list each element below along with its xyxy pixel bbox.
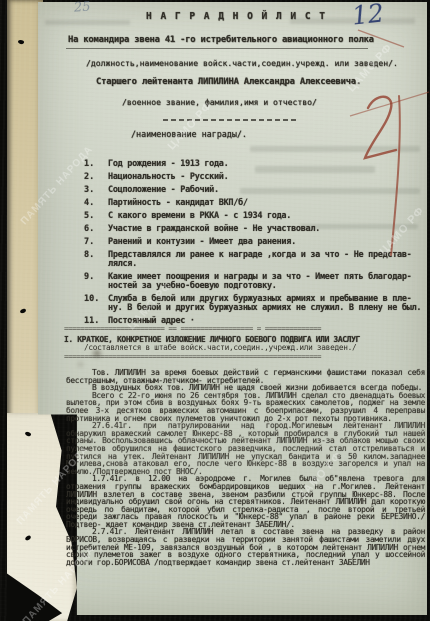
item-number: 4. (84, 199, 108, 208)
item-text: Партийность - кандидат ВКП/б/ (108, 199, 428, 208)
typed-content-layer: Н А Г Р А Д Н О Й Л И С Т На командира з… (0, 0, 430, 621)
item-text: Какие имеет поощрения и награды и за что… (108, 273, 428, 291)
item-text: Соцположение - Рабочий. (108, 186, 428, 195)
questionnaire-item: 10. Служба в белой или других буржуазных… (84, 295, 428, 313)
questionnaire-item: 2. Национальность - Русский. (84, 173, 428, 182)
citation-paragraph: Всего с 22-го июня по 26 сентября тов. Л… (66, 392, 425, 422)
item-number: 9. (84, 273, 108, 291)
questionnaire-item: 3. Соцположение - Рабочий. (84, 186, 428, 195)
scanned-award-sheet: Н А Г Р А Д Н О Й Л И С Т На командира з… (0, 0, 430, 621)
item-number: 3. (84, 186, 108, 195)
item-text: Ранений и контузии - Имеет два ранения. (108, 238, 428, 247)
item-text: Национальность - Русский. (108, 173, 428, 182)
page-title: Н А Г Р А Д Н О Й Л И С Т (146, 11, 327, 22)
questionnaire-item: 9. Какие имеет поощрения и награды и за … (84, 273, 428, 291)
questionnaire-list: 1. Год рождения - 1913 года. 2. Национал… (84, 160, 428, 330)
fill-in-rule (66, 48, 368, 49)
item-text: Участие в гражданской войне - Не участво… (108, 225, 428, 234)
section-heading-note: /составляется в штабе войск.части,соедин… (84, 344, 426, 353)
questionnaire-item: 1. Год рождения - 1913 года. (84, 160, 428, 169)
typed-separator: ========================= == ===========… (64, 325, 426, 333)
item-text: Представлялся ли ранее к награде ,когда … (108, 251, 428, 269)
section-heading-block: ========================= == ===========… (64, 325, 426, 361)
award-name-note: /наименование награды/. (131, 129, 247, 139)
item-text: С какого времени в РККА - с 1934 года. (108, 212, 428, 221)
item-number: 2. (84, 173, 108, 182)
typed-separator: ========================================… (64, 353, 426, 361)
award-fill-in-rule (163, 119, 297, 121)
handwritten-page-number-ink: 12 (351, 0, 386, 31)
questionnaire-item: 8. Представлялся ли ранее к награде ,ког… (84, 251, 428, 269)
citation-paragraph: 27.6.41г. при патрулировании над город.М… (66, 422, 425, 475)
citation-paragraph: 1.7.41г. в 12.00 на аэродроме г. Могилев… (66, 475, 425, 528)
questionnaire-item: 5. С какого времени в РККА - с 1934 года… (84, 212, 428, 221)
header-position-note: /должность,наименование войск.части,соед… (86, 58, 398, 68)
questionnaire-item: 7. Ранений и контузии - Имеет два ранени… (84, 238, 428, 247)
header-position-line: На командира звена 41 -го истребительног… (68, 35, 374, 45)
item-text: Год рождения - 1913 года. (108, 160, 428, 169)
questionnaire-item: 6. Участие в гражданской войне - Не учас… (84, 225, 428, 234)
citation-paragraph: Тов. ЛИПИЛИН за время боевых действий с … (66, 369, 425, 384)
item-number: 5. (84, 212, 108, 221)
handwritten-page-number-pencil: 25 (73, 0, 91, 16)
item-number: 1. (84, 160, 108, 169)
item-number: 7. (84, 238, 108, 247)
citation-paragraph: 2.7.41г. Лейтенант ЛИПИЛИН летал в соста… (66, 528, 425, 566)
item-number: 6. (84, 225, 108, 234)
item-number: 8. (84, 251, 108, 269)
questionnaire-item: 4. Партийность - кандидат ВКП/б/ (84, 199, 428, 208)
item-text: Служба в белой или других буржуазных арм… (108, 295, 428, 313)
header-name-note: /военное звание, фамилия,имя и отчество/ (122, 97, 317, 107)
item-number: 10. (84, 295, 108, 313)
citation-text: Тов. ЛИПИЛИН за время боевых действий с … (66, 369, 425, 566)
header-name-line: Старшего лейтенанта ЛИПИЛИНА Александра … (96, 77, 361, 87)
